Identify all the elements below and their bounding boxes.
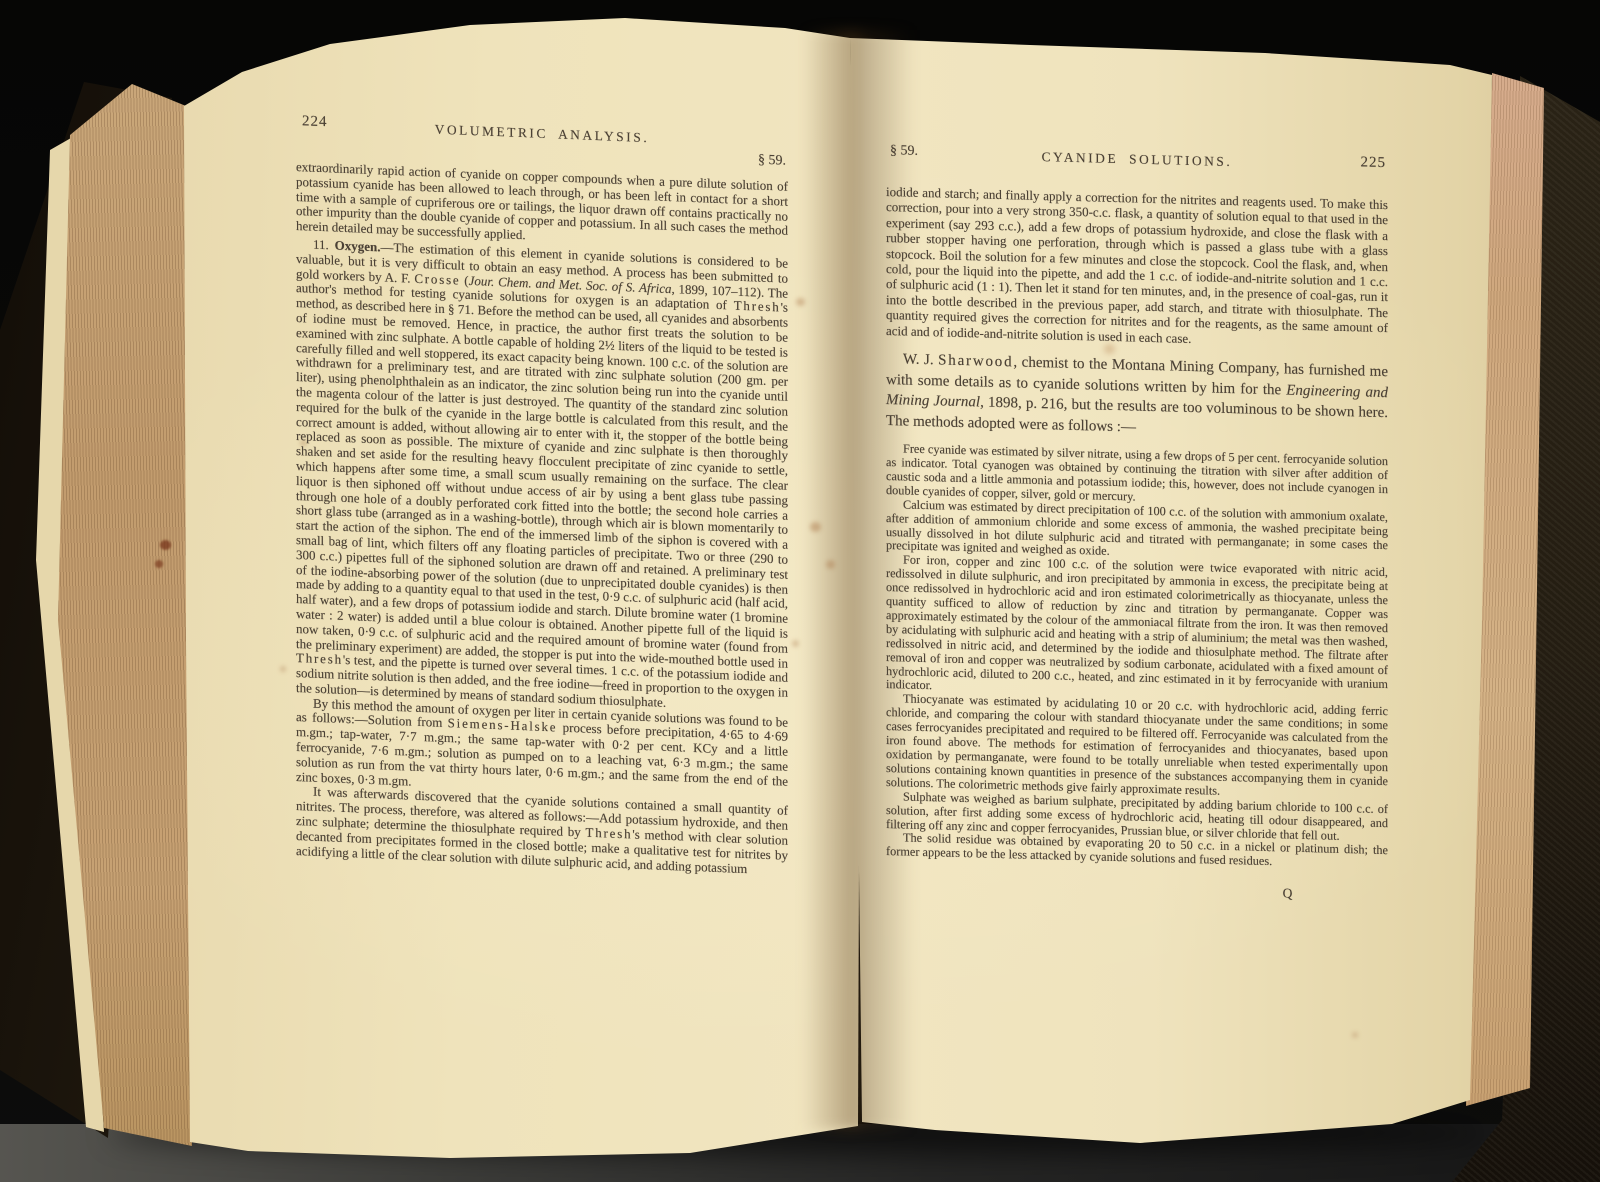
foxing-spot — [826, 560, 835, 569]
left-section-mark: § 59. — [758, 153, 786, 170]
paragraph: 11. Oxygen.—The estimation of this eleme… — [296, 237, 788, 715]
foxing-spot — [792, 640, 799, 647]
foxing-spot — [280, 666, 286, 672]
foxing-spot — [810, 522, 821, 532]
foxing-spot — [1352, 1032, 1358, 1038]
paragraph: For iron, copper and zinc 100 c.c. of th… — [886, 553, 1388, 705]
right-page-number: 225 — [1361, 154, 1387, 172]
foxing-spot — [160, 540, 171, 550]
paragraph: Thiocyanate was estimated by acidulating… — [886, 692, 1388, 802]
right-page-text: § 59. CYANIDE SOLUTIONS. 225 iodide and … — [886, 142, 1388, 904]
book-photo: 224 VOLUMETRIC ANALYSIS. § 59. extraordi… — [0, 0, 1600, 1182]
paragraph: W. J. Sharwood, chemist to the Montana M… — [886, 349, 1388, 444]
paragraph: iodide and starch; and finally apply a c… — [886, 184, 1388, 351]
foxing-spot — [796, 298, 805, 306]
foxing-spot — [155, 560, 163, 568]
left-page-text: 224 VOLUMETRIC ANALYSIS. § 59. extraordi… — [296, 112, 788, 878]
